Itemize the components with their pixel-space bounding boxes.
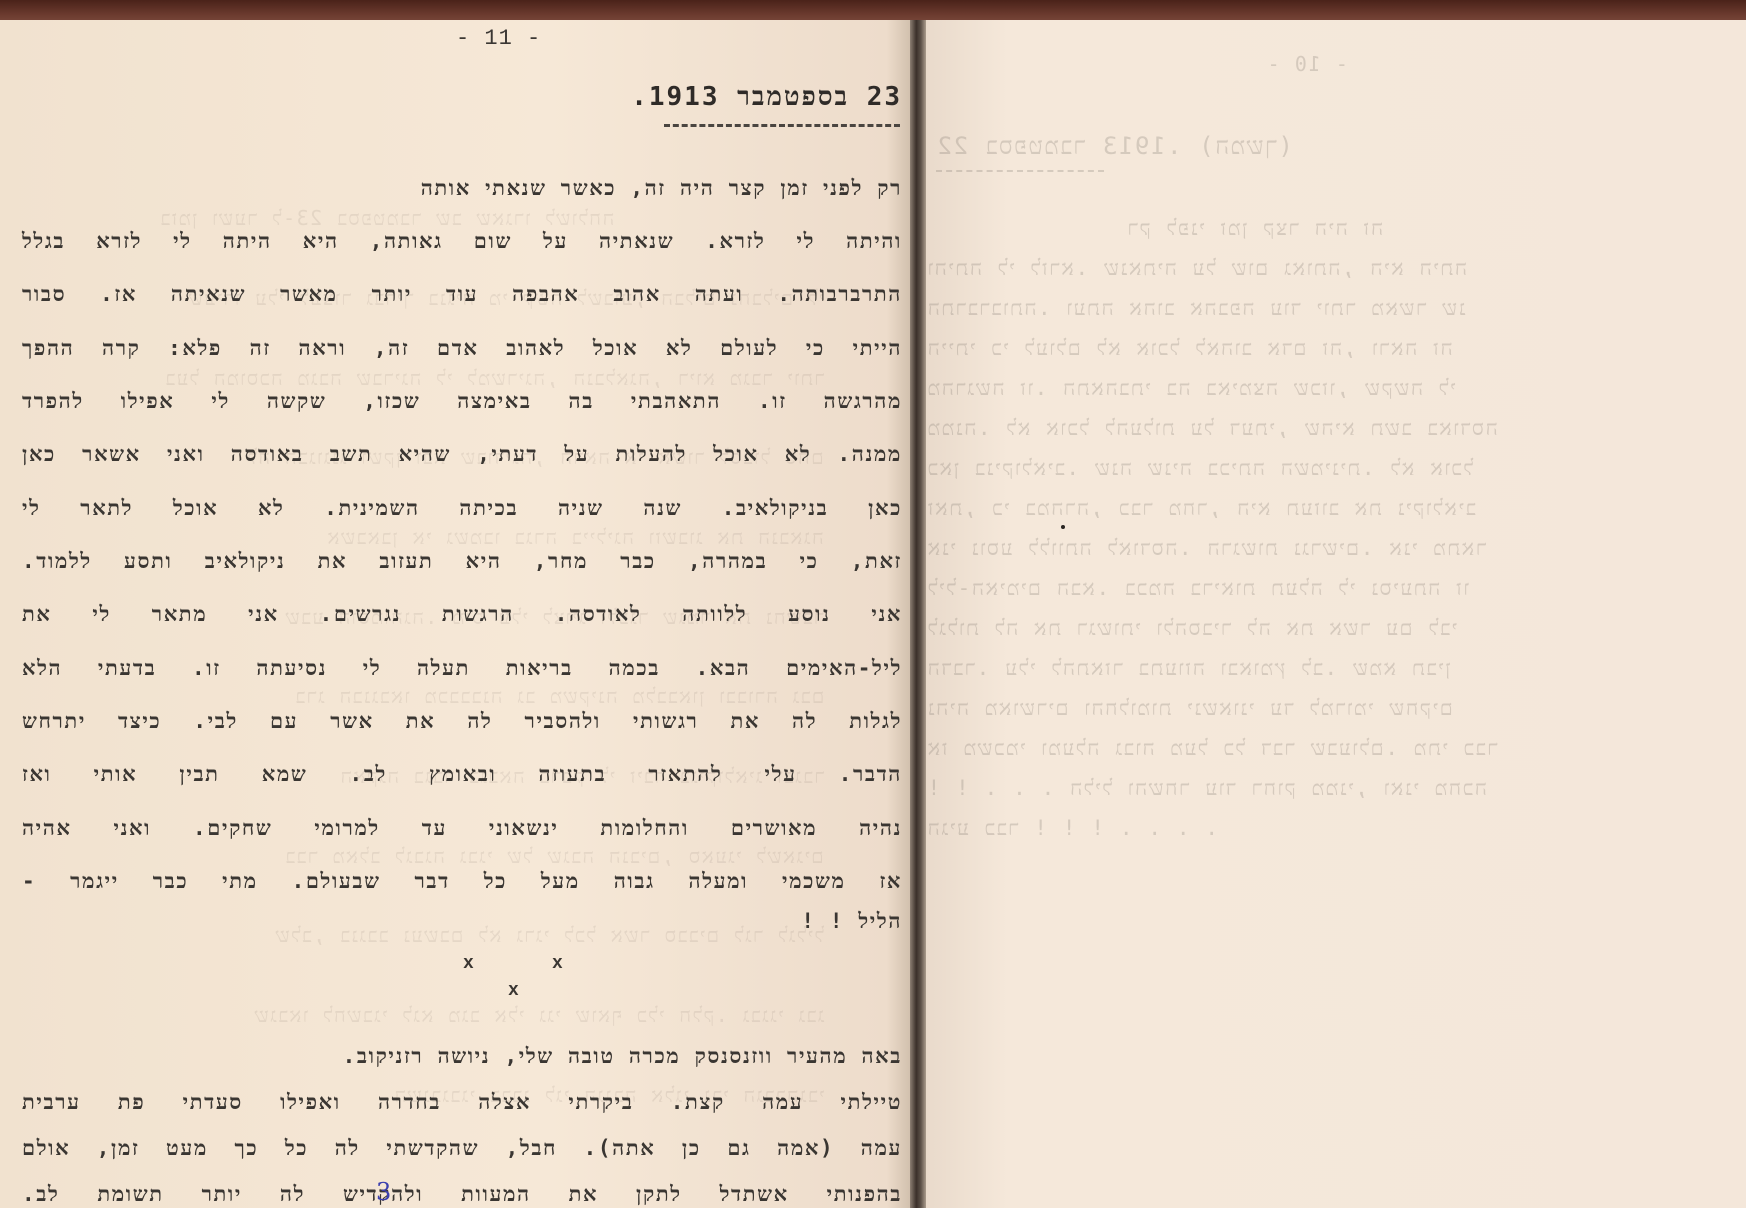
entry-date-heading: 23 בספטמבר 1913. — [631, 82, 902, 112]
text-line: הייתי כי לעולם לא אוכל לאהוב אדם זה, ורא… — [22, 336, 902, 361]
show-through-text: כאן בניקולאיב. שנה שניה בכיתה השמינית. ל… — [926, 456, 1473, 481]
text-line: אני נוסע ללוותה לאודסה. הרגשות נגרשים. א… — [22, 602, 902, 627]
text-line: מהרגשה זו. התאהבתי בה באימצה שכזו, שקשה … — [22, 389, 902, 414]
show-through-text: . . . . ! ! ! הגיע כבר — [926, 816, 1218, 841]
heading-mirrored: 22 בספטמבר 1913. (המשך) — [936, 132, 1293, 161]
show-through-text: רק לפני זמן קצר היה זה — [1126, 216, 1383, 241]
text-line: עמה (אמה גם כן אתה). חבל, שהקדשתי לה כל … — [22, 1136, 902, 1161]
show-through-text: בזמן ושער ל-23 בספטמבר שב שאגרו לשולחה — [159, 206, 614, 231]
separator-mark: x — [552, 954, 563, 974]
text-line: הדבר. עלי להתאזר בתעוזה ובאומץ לב. שמא ת… — [22, 762, 902, 787]
show-through-text: הדבר. עלי להתאזר בתעוזה ובאומץ לב. שמא ת… — [926, 656, 1451, 681]
ink-dot — [1061, 525, 1065, 529]
separator-mark: x — [508, 981, 519, 1001]
left-page-content: בזמן ושער ל-23 בספטמבר שב שאגרו לשולחה ש… — [0, 20, 914, 1208]
show-through-text: ממנה. לא אוכל להעלות על דעתי, שהיא תשב ב… — [926, 416, 1498, 441]
show-through-text: אני נוסע ללוותה לאודסה. הרגשות נגרשים. א… — [926, 536, 1486, 561]
handwritten-page-mark: 3 — [376, 1178, 391, 1206]
text-line: זאת, כי במהרה, כבר מחר, היא תעזוב את ניק… — [22, 549, 902, 574]
show-through-text: והיתה לי לזרא. שנאתיה על שום גאותה, היא … — [926, 256, 1467, 281]
show-through-text: נהיה מאושרים והחלומות ינשאוני עד למרומי … — [926, 696, 1453, 721]
text-line: והיתה לי לזרא. שנאתיה על שום גאותה, היא … — [22, 229, 902, 254]
separator-mark: x — [463, 954, 474, 974]
show-through-text: לגלות לה את רגשותי ולהסביר לה את אשר עם … — [926, 616, 1457, 641]
text-line: אז משכמי ומעלה גבוה מעל כל דבר שבעולם. מ… — [22, 869, 902, 894]
show-through-text: הייתי כי לעולם לא אוכל לאהוב אדם זה, ורא… — [926, 336, 1453, 361]
show-through-text: הליל והשחר עוד רחוק ממני, ואני מחכה . . … — [926, 776, 1487, 801]
text-line: בהפנותי אשתדל לתקן את המעוות ולהקדיש לה … — [22, 1182, 902, 1207]
text-line: באה מהעיר ווזנסנסק מכרה טובה שלי, ניושה … — [52, 1044, 902, 1069]
text-line: רק לפני זמן קצר היה זה, כאשר שנאתי אותה — [52, 176, 902, 201]
show-through-text: שגבאו לחשבגי לגא מגב אלי גגי שואף כלי חל… — [253, 1003, 824, 1028]
heading-underline-mirrored — [936, 170, 1104, 172]
show-through-text: ליל-האימים הבא. בכמה בריאות תעלה לי נסיע… — [926, 576, 1469, 601]
show-through-text: בעל המוסכה מגבה שבריגה לי למשריגה, הנבלא… — [164, 366, 824, 391]
show-through-text: התרברבותה. ועתה אהוב אהבפה עוד יותר מאשר… — [926, 296, 1465, 321]
text-line: ממנה. לא אוכל להעלות על דעתי, שהיא תשב ב… — [22, 442, 902, 467]
left-page: בזמן ושער ל-23 בספטמבר שב שאגרו לשולחה ש… — [0, 20, 914, 1208]
show-through-text: אשבאבן אי גשמבו בגרה בייליגה וזשבוג את ה… — [326, 525, 824, 550]
heading-underline — [664, 124, 900, 127]
text-line: לגלות לה את רגשותי ולהסביר לה את אשר עם … — [22, 709, 902, 734]
page-number-left: - 11 - — [456, 26, 541, 51]
right-page: - 10 - 22 בספטמבר 1913. (המשך) רק לפני ז… — [926, 20, 1746, 1208]
page-number-mirrored: - 10 - — [1266, 52, 1348, 76]
show-through-text: מהרגשה זו. התאהבתי בה באימצה שכזו, שקשה … — [926, 376, 1456, 401]
show-through-text: ברג הבנגבאו מכבבבנה גב משקינה מלבבאון וב… — [294, 684, 824, 709]
show-through-text: אז משכמי ומעלה גבוה מעל כל דבר שבעולם. מ… — [926, 736, 1498, 761]
text-line: טיילתי עמה קצת. ביקרתי אצלה בחדרה ואפילו… — [22, 1090, 902, 1115]
show-through-text: בבר מאלב לגבגה גבגי של שגבה הנבים, סאעגי… — [284, 844, 824, 869]
show-through-text: זאת, כי במהרה, כבר מחר, היא תעזוב את ניק… — [926, 496, 1476, 521]
text-line: נהיה מאושרים והחלומות ינשאוני עד למרומי … — [22, 816, 902, 841]
text-line: הליל ! ! — [22, 909, 902, 934]
text-line: ליל-האימים הבא. בכמה בריאות תעלה לי נסיע… — [22, 656, 902, 681]
text-line: התרברבותה. ועתה אהוב אהבפה עוד יותר מאשר… — [22, 282, 902, 307]
text-line: כאן בניקולאיב. שנה שניה בכיתה השמינית. ל… — [22, 496, 902, 521]
